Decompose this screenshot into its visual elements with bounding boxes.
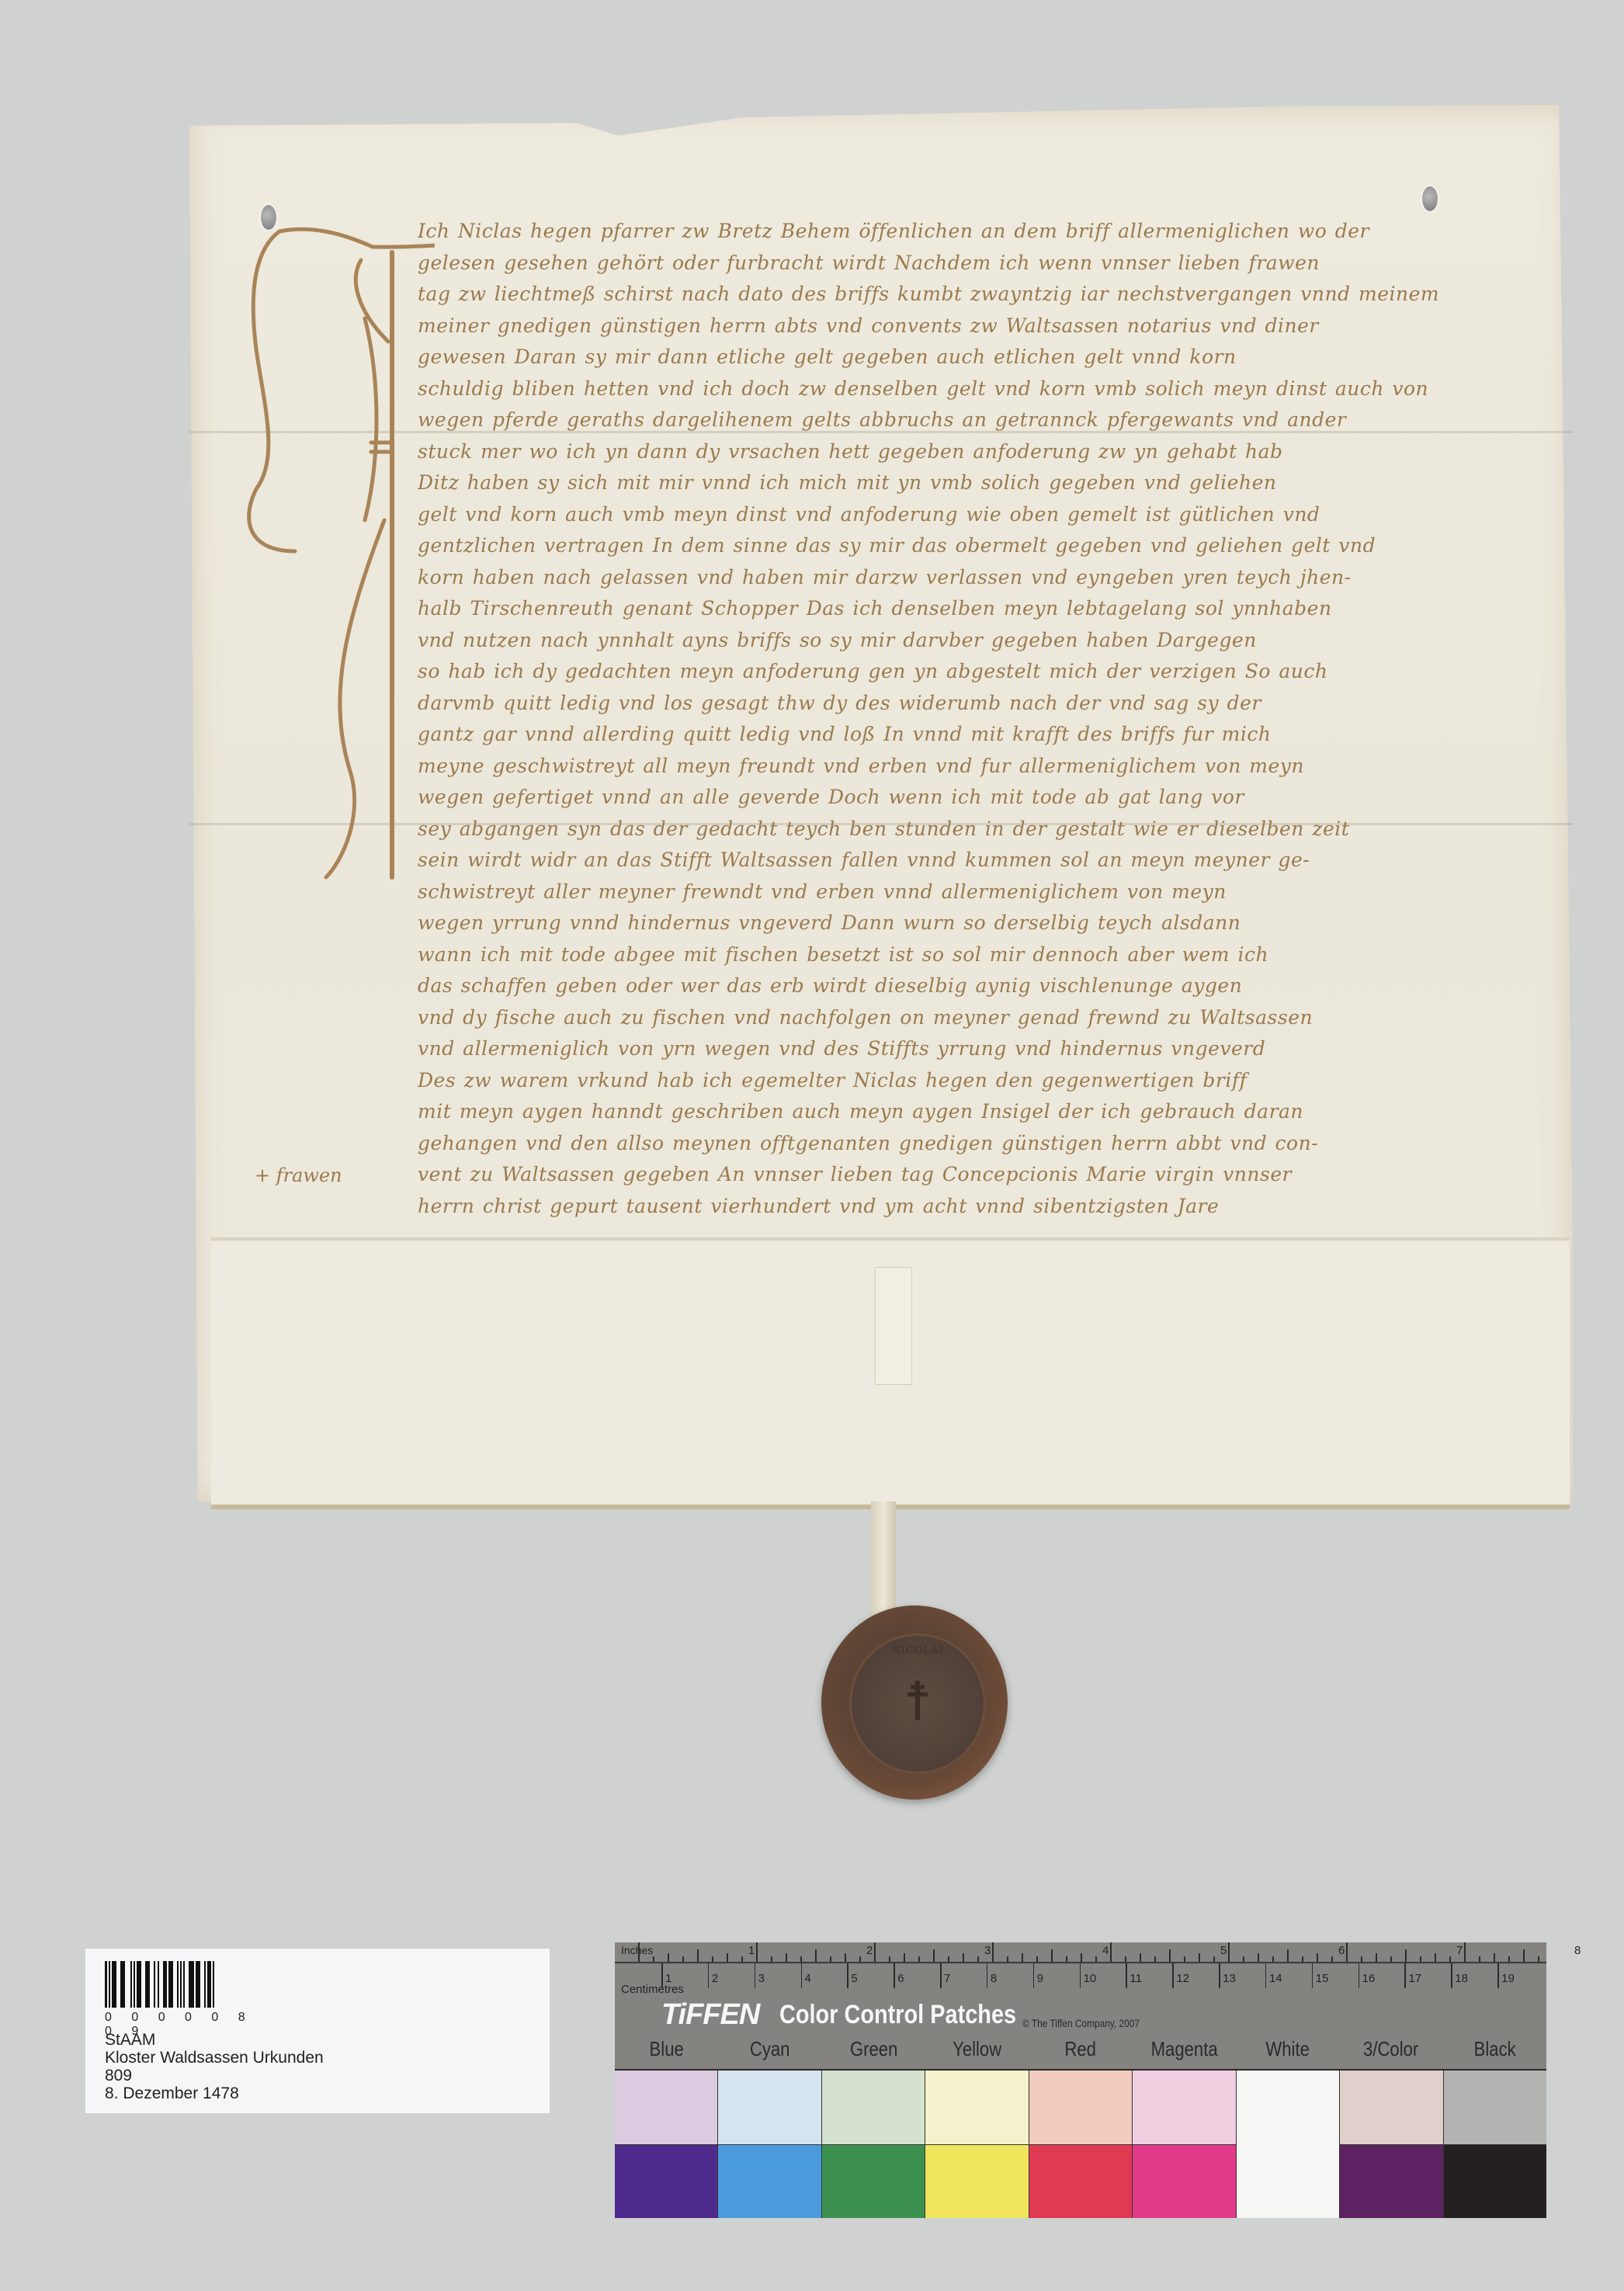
cm-tick-label: 2 <box>712 1972 718 1985</box>
ruler-tick <box>638 1942 640 1962</box>
ruler-tick <box>815 1949 817 1962</box>
ruler-tick <box>1022 1953 1023 1962</box>
ruler-tick <box>1464 1942 1466 1962</box>
ruler-tick <box>1140 1953 1141 1962</box>
ruler-tick <box>1081 1953 1082 1962</box>
ruler-tick <box>1033 1963 1035 1988</box>
text-line: korn haben nach gelassen vnd haben mir d… <box>418 562 1497 594</box>
patch-light <box>1444 2071 1546 2144</box>
color-patch-green <box>822 2071 925 2218</box>
ruler-tick <box>1435 1953 1436 1962</box>
barcode-icon <box>105 1961 252 2008</box>
patch-label: Blue <box>623 2037 710 2068</box>
ruler-tick <box>1125 1956 1126 1962</box>
text-line: meiner gnedigen günstigen herrn abts vnd… <box>418 311 1497 342</box>
inch-tick-label: 7 <box>1456 1944 1463 1957</box>
text-line: vnd nutzen nach ynnhalt ayns briffs so s… <box>418 625 1497 657</box>
ruler-tick <box>1376 1953 1377 1962</box>
ruler-tick <box>1066 1956 1067 1962</box>
ruler-tick <box>948 1956 949 1962</box>
document-number: 809 <box>105 2067 324 2084</box>
patch-light <box>822 2071 925 2144</box>
text-line: mit meyn aygen hanndt geschriben auch me… <box>418 1096 1497 1128</box>
patch-dark <box>1340 2144 1442 2219</box>
text-line: so hab ich dy gedachten meyn anfoderung … <box>418 656 1497 688</box>
ruler-tick <box>756 1942 758 1962</box>
cm-tick-label: 16 <box>1362 1972 1376 1985</box>
ruler-tick <box>1219 1963 1220 1988</box>
ruler-tick <box>845 1953 846 1962</box>
patch-label: Magenta <box>1140 2037 1228 2068</box>
color-patch-yellow <box>925 2071 1029 2218</box>
text-line: das schaffen geben oder wer das erb wird… <box>418 970 1497 1002</box>
ruler-tick <box>1080 1963 1081 1988</box>
cm-tick-label: 19 <box>1501 1972 1515 1985</box>
ruler-tick <box>1449 1956 1451 1962</box>
ruler-tick <box>830 1956 831 1962</box>
patch-dark <box>718 2144 821 2219</box>
cm-tick-label: 7 <box>944 1972 950 1985</box>
ruler-tick <box>977 1956 979 1962</box>
patch-light <box>1133 2071 1235 2144</box>
inch-tick-label: 4 <box>1102 1944 1109 1957</box>
cm-tick-label: 6 <box>897 1972 904 1985</box>
patch-light <box>925 2071 1028 2144</box>
ruler-tick <box>1051 1949 1053 1962</box>
text-line: wegen pferde geraths dargelihenem gelts … <box>418 404 1497 436</box>
text-line: schuldig bliben hetten vnd ich doch zw d… <box>418 373 1497 405</box>
cm-tick-label: 3 <box>758 1972 765 1985</box>
ruler-tick <box>1258 1953 1259 1962</box>
archive-label: 0 0 0 0 0 8 0 9 StAAM Kloster Waldsassen… <box>85 1949 550 2113</box>
cm-tick-label: 10 <box>1084 1972 1097 1985</box>
margin-note: + frawen <box>255 1165 342 1186</box>
ruler-tick <box>1404 1963 1406 1988</box>
patch-label: 3/Color <box>1347 2037 1435 2068</box>
text-line: wegen gefertiget vnnd an alle geverde Do… <box>418 782 1497 814</box>
ruler-tick <box>933 1949 935 1962</box>
color-patch-cyan <box>718 2071 821 2218</box>
ruler-tick <box>847 1963 848 1988</box>
text-line: vnd dy fische auch zu fischen vnd nachfo… <box>418 1002 1497 1034</box>
patch-dark <box>1029 2144 1132 2219</box>
cm-tick-label: 17 <box>1408 1972 1421 1985</box>
copyright: © The Tiffen Company, 2007 <box>1022 2017 1140 2029</box>
tiffen-logo: TiFFEN <box>661 1998 759 2032</box>
seal-strap-slot <box>875 1267 912 1385</box>
text-line: gentzlichen vertragen In dem sinne das s… <box>418 530 1497 562</box>
ruler-tick <box>1497 1963 1499 1988</box>
ruler-tick <box>1199 1953 1200 1962</box>
ruler-tick <box>1184 1956 1185 1962</box>
text-line: darvmb quitt ledig vnd los gesagt thw dy… <box>418 688 1497 720</box>
patch-light <box>718 2071 821 2144</box>
ruler-tick <box>1272 1956 1274 1962</box>
cm-tick-label: 9 <box>1037 1972 1043 1985</box>
patch-dark <box>1237 2144 1339 2218</box>
ruler-tick <box>1213 1956 1215 1962</box>
ruler-tick <box>786 1953 787 1962</box>
collection-name: Kloster Waldsassen Urkunden <box>105 2049 324 2067</box>
patch-dark <box>822 2144 925 2219</box>
ruler-tick <box>1494 1953 1495 1962</box>
cm-tick-label: 14 <box>1269 1972 1282 1985</box>
patch-dark <box>1133 2144 1235 2219</box>
patch-label: Green <box>830 2037 918 2068</box>
patch-label: Yellow <box>933 2037 1021 2068</box>
text-line: vent zu Waltsassen gegeben An vnnser lie… <box>418 1159 1497 1191</box>
cm-tick-label: 18 <box>1455 1972 1468 1985</box>
ruler-tick <box>697 1949 699 1962</box>
text-line: meyne geschwistreyt all meyn freundt vnd… <box>418 751 1497 783</box>
inch-tick-label: 3 <box>984 1944 991 1957</box>
text-line: stuck mer wo ich yn dann dy vrsachen het… <box>418 436 1497 468</box>
ruler-tick <box>1312 1963 1313 1988</box>
cm-tick-label: 8 <box>991 1972 997 1985</box>
ruler-tick <box>1479 1956 1480 1962</box>
ruler-tick <box>708 1963 710 1988</box>
color-patches <box>615 2069 1546 2218</box>
ruler-tick <box>1302 1956 1303 1962</box>
text-line: Des zw warem vrkund hab ich egemelter Ni… <box>418 1065 1497 1097</box>
ruler-tick <box>1228 1942 1230 1962</box>
ruler-tick <box>1287 1949 1289 1962</box>
cm-tick-label: 12 <box>1176 1972 1189 1985</box>
ruler-tick <box>771 1956 772 1962</box>
ruler-tick <box>1036 1956 1038 1962</box>
ruler-tick <box>992 1942 994 1962</box>
ruler-tick <box>712 1956 713 1962</box>
color-control-card: Inches 12345678 123456789101112131415161… <box>615 1942 1546 2218</box>
color-patch-3-color <box>1340 2071 1443 2218</box>
inch-tick-label: 1 <box>748 1944 755 1957</box>
text-line: gelt vnd korn auch vmb meyn dinst vnd an… <box>418 499 1497 531</box>
cm-tick-label: 5 <box>851 1972 857 1985</box>
ruler-tick <box>1361 1956 1362 1962</box>
centimetres-label: Centimetres <box>621 1983 684 1996</box>
text-line: gehangen vnd den allso meynen offtgenant… <box>418 1128 1497 1160</box>
inch-tick-label: 5 <box>1220 1944 1227 1957</box>
ruler-tick <box>1126 1963 1127 1988</box>
text-line: gelesen gesehen gehört oder furbracht wi… <box>418 248 1497 279</box>
seal-strap <box>871 1501 896 1618</box>
text-line: tag zw liechtmeß schirst nach dato des b… <box>418 279 1497 311</box>
patch-label: Red <box>1036 2037 1124 2068</box>
ruler-tick <box>727 1953 728 1962</box>
ruler-tick <box>874 1942 876 1962</box>
patch-light <box>1340 2071 1442 2144</box>
patch-dark <box>925 2144 1028 2219</box>
text-line: sein wirdt widr an das Stifft Waltsassen… <box>418 845 1497 876</box>
inch-tick-label: 2 <box>866 1944 873 1957</box>
ruler-tick <box>682 1956 684 1962</box>
patch-labels: Blue Cyan Green Yellow Red Magenta White… <box>615 2037 1546 2068</box>
double-cross-icon: ☨ <box>898 1671 937 1733</box>
ruler-tick <box>1172 1963 1174 1988</box>
seal-face: NICOLAI ☨ <box>849 1633 986 1774</box>
ruler-tick <box>963 1953 964 1962</box>
patch-label: Cyan <box>726 2037 814 2068</box>
wax-seal: NICOLAI ☨ <box>821 1605 1008 1800</box>
mounting-pin-icon <box>1421 185 1439 213</box>
color-patch-red <box>1029 2071 1133 2218</box>
text-line: vnd allermeniglich von yrn wegen vnd des… <box>418 1033 1497 1065</box>
ruler-tick <box>1110 1942 1112 1962</box>
patch-light <box>1237 2071 1339 2144</box>
patch-dark <box>615 2144 717 2219</box>
patch-light <box>615 2071 717 2144</box>
text-line: gewesen Daran sy mir dann etliche gelt g… <box>418 342 1497 373</box>
ruler-tick <box>1154 1956 1156 1962</box>
decorated-initial-icon <box>233 225 435 885</box>
ruler-tick <box>1317 1953 1318 1962</box>
text-line: schwistreyt aller meyner frewndt vnd erb… <box>418 876 1497 908</box>
text-line: halb Tirschenreuth genant Schopper Das i… <box>418 593 1497 625</box>
ruler-tick <box>801 1963 803 1988</box>
ruler-tick <box>1420 1956 1421 1962</box>
inches-label: Inches <box>621 1944 653 1956</box>
ruler-tick <box>1243 1956 1244 1962</box>
ruler-tick <box>1331 1956 1333 1962</box>
ruler-tick <box>1346 1942 1348 1962</box>
ruler-tick <box>1169 1949 1171 1962</box>
ruler: Inches 12345678 123456789101112131415161… <box>615 1942 1546 2069</box>
color-patch-blue <box>615 2071 718 2218</box>
text-line: gantz gar vnnd allerding quitt ledig vnd… <box>418 719 1497 751</box>
ruler-tick <box>1007 1956 1008 1962</box>
cm-tick-label: 15 <box>1316 1972 1329 1985</box>
ruler-tick <box>1523 1949 1525 1962</box>
patch-label: Black <box>1451 2037 1539 2068</box>
color-patch-black <box>1444 2071 1546 2218</box>
ruler-tick <box>653 1956 654 1962</box>
inch-tick-label: 6 <box>1338 1944 1345 1957</box>
inch-tick-label: 8 <box>1574 1944 1581 1957</box>
patch-dark <box>1444 2144 1546 2219</box>
patch-label: White <box>1244 2037 1331 2068</box>
ruler-tick <box>1508 1956 1510 1962</box>
archive-name: StAAM <box>105 2031 324 2049</box>
ruler-tick <box>1451 1963 1452 1988</box>
color-patch-magenta <box>1133 2071 1236 2218</box>
cm-tick-label: 13 <box>1223 1972 1236 1985</box>
ruler-tick <box>1405 1949 1407 1962</box>
ruler-tick <box>1538 1956 1539 1962</box>
seal-legend: NICOLAI <box>875 1645 960 1657</box>
text-line: sey abgangen syn das der gedacht teych b… <box>418 814 1497 845</box>
document-date: 8. Dezember 1478 <box>105 2084 324 2102</box>
cm-tick-label: 4 <box>805 1972 811 1985</box>
color-patch-white <box>1237 2071 1340 2218</box>
ruler-tick <box>1265 1963 1267 1988</box>
ruler-tick <box>859 1956 861 1962</box>
text-line: wegen yrrung vnnd hindernus vngeverd Dan… <box>418 908 1497 939</box>
ruler-tick <box>800 1956 802 1962</box>
ruler-tick <box>1390 1956 1392 1962</box>
ruler-tick <box>894 1963 895 1988</box>
text-line: Ditz haben sy sich mit mir vnnd ich mich… <box>418 467 1497 499</box>
text-line: herrn christ gepurt tausent vierhundert … <box>418 1191 1497 1223</box>
label-text: StAAM Kloster Waldsassen Urkunden 809 8.… <box>105 2031 324 2102</box>
patch-light <box>1029 2071 1132 2144</box>
ruler-tick <box>904 1953 905 1962</box>
card-title: Color Control Patches <box>779 2000 1016 2030</box>
ruler-tick <box>741 1956 743 1962</box>
cm-tick-label: 11 <box>1130 1972 1142 1985</box>
ruler-tick <box>668 1953 669 1962</box>
text-line: wann ich mit tode abgee mit fischen bese… <box>418 939 1497 971</box>
ruler-tick <box>1095 1956 1097 1962</box>
ruler-tick <box>940 1963 942 1988</box>
ruler-tick <box>918 1956 920 1962</box>
ruler-tick <box>1359 1963 1360 1988</box>
ruler-tick <box>889 1956 890 1962</box>
ruler-tick <box>755 1963 756 1988</box>
text-line: Ich Niclas hegen pfarrer zw Bretz Behem … <box>418 216 1497 248</box>
charter-text: Ich Niclas hegen pfarrer zw Bretz Behem … <box>418 216 1497 1222</box>
ruler-tick <box>987 1963 988 1988</box>
